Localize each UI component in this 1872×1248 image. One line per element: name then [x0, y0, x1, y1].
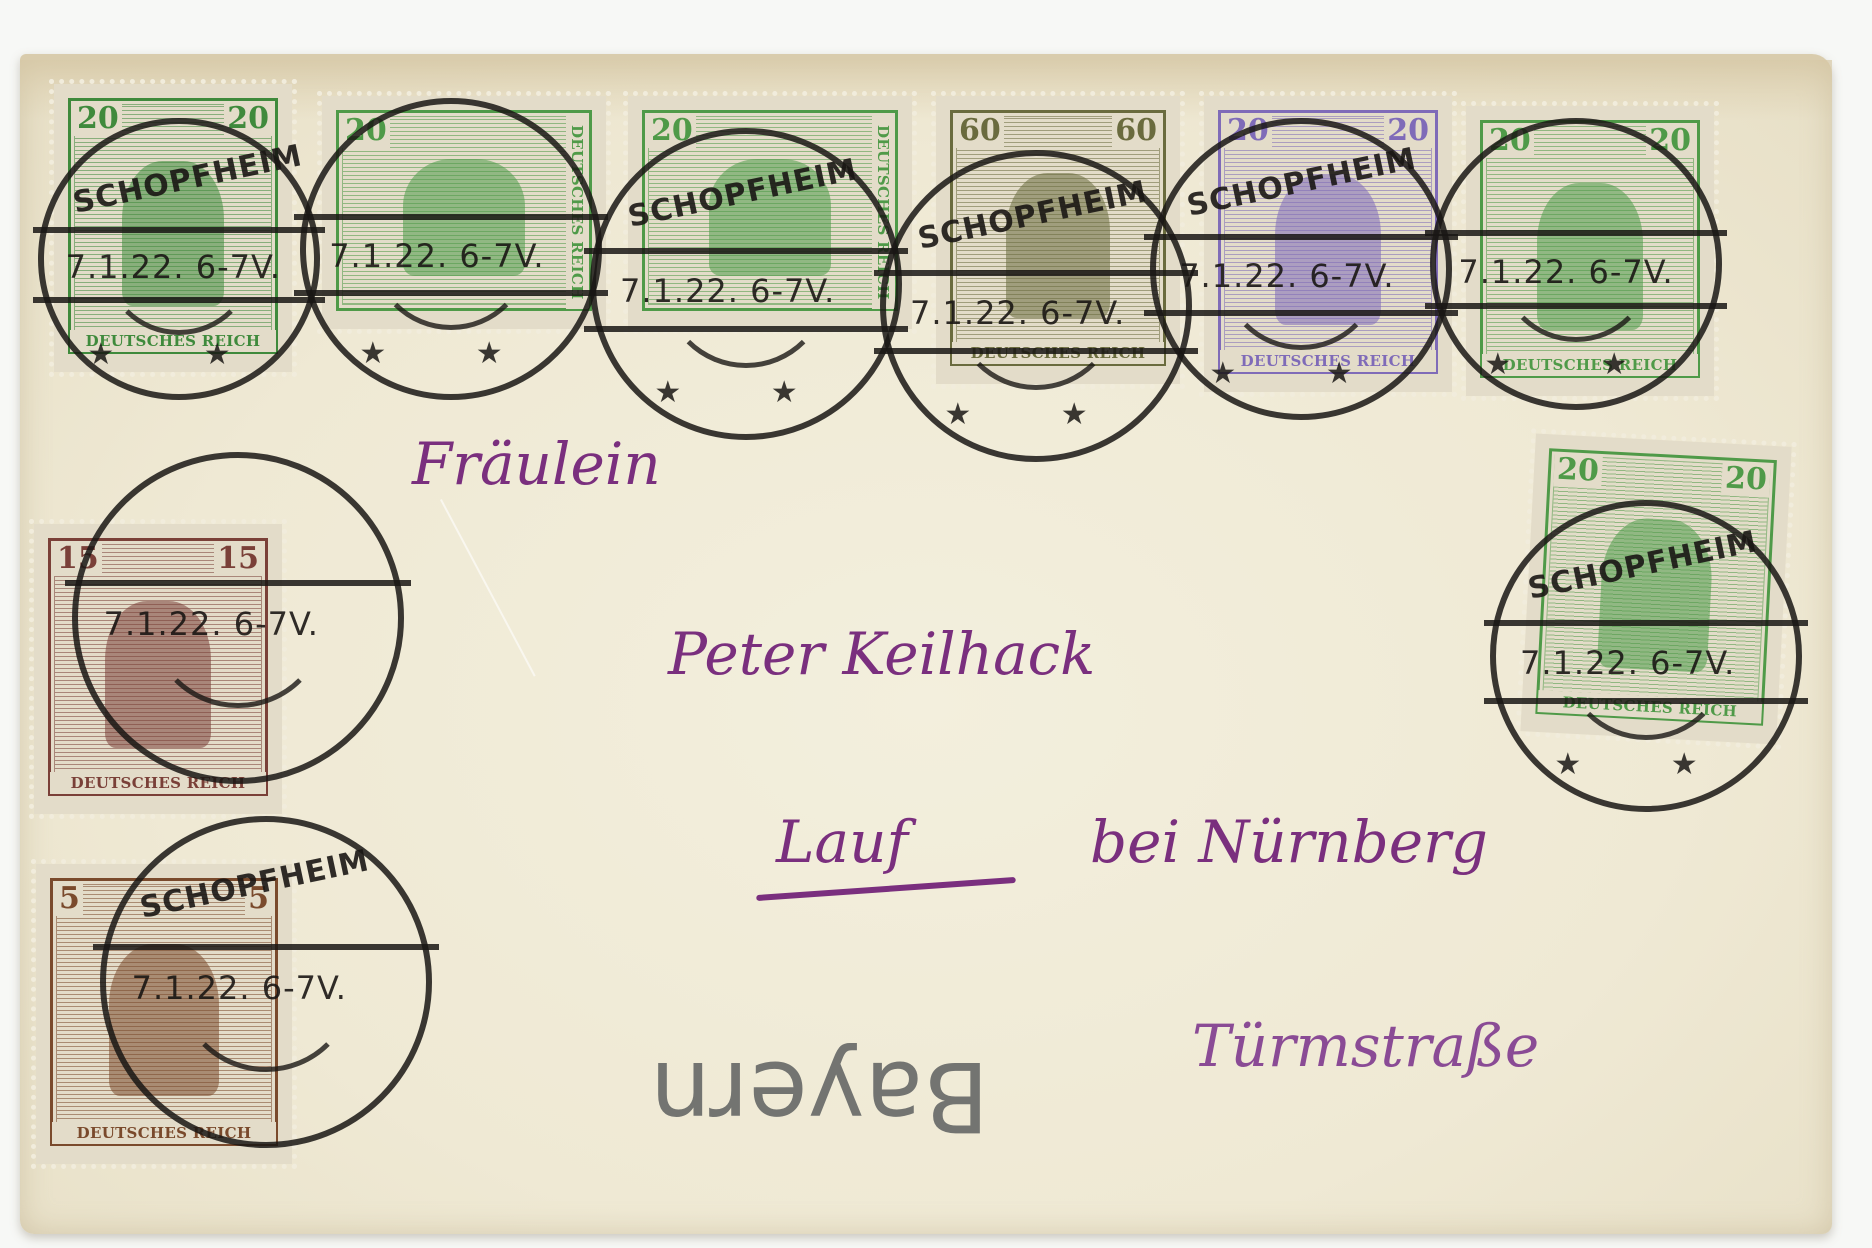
germania-figure: [105, 601, 211, 748]
denomination: 20: [1646, 124, 1694, 158]
stamp-60-olive: 60 60 DEUTSCHES REICH: [940, 100, 1176, 380]
address-street: Türmstraße: [1192, 1012, 1539, 1080]
stamp-20-green-4: 20 20 DEUTSCHES REICH: [1470, 110, 1710, 392]
stamp-5-brown: 5 5 DEUTSCHES REICH: [40, 868, 288, 1160]
stamp-inscription: DEUTSCHES REICH: [872, 116, 894, 309]
stamp-inscription: DEUTSCHES REICH: [1482, 354, 1698, 376]
stamp-inscription: DEUTSCHES REICH: [50, 772, 266, 794]
stamp-inscription: DEUTSCHES REICH: [52, 1122, 276, 1144]
denomination: 5: [245, 882, 272, 916]
germania-figure: [1006, 173, 1110, 319]
denomination: 20: [1486, 124, 1534, 158]
germania-figure: [1597, 517, 1714, 673]
germania-figure: [709, 159, 830, 276]
germania-figure: [403, 159, 524, 276]
denomination: 20: [1224, 114, 1272, 148]
stamp-20-green-3: 20 DEUTSCHES REICH: [632, 100, 908, 325]
address-salutation: Fräulein: [412, 430, 661, 498]
address-region: bei Nürnberg: [1090, 808, 1488, 876]
denomination: 20: [224, 102, 272, 136]
germania-figure: [122, 161, 223, 307]
germania-figure: [1537, 183, 1643, 330]
stamp-20-green-5: 20 20 DEUTSCHES REICH: [1525, 438, 1788, 741]
denomination: 20: [1384, 114, 1432, 148]
stamp-inscription: DEUTSCHES REICH: [70, 330, 276, 352]
stamp-inscription: DEUTSCHES REICH: [566, 116, 588, 309]
address-town-text: Lauf: [776, 808, 908, 876]
denomination: 60: [1112, 114, 1160, 148]
address-recipient-name: Peter Keilhack: [668, 620, 1095, 688]
denomination: 20: [648, 114, 696, 148]
pencil-note-upside-down: Bayern: [650, 1040, 989, 1152]
stamp-inscription: DEUTSCHES REICH: [1220, 350, 1436, 372]
paper-crease: [440, 499, 536, 677]
stamp-20-green-2: 20 DEUTSCHES REICH: [326, 100, 602, 325]
denomination: 15: [54, 542, 102, 576]
denomination: 20: [1721, 461, 1770, 497]
denomination: 15: [214, 542, 262, 576]
address-town: Lauf: [776, 808, 908, 876]
stamp-inscription: DEUTSCHES REICH: [952, 342, 1164, 364]
denomination: 20: [342, 114, 390, 148]
denomination: 20: [74, 102, 122, 136]
stamp-15-brown: 15 15 DEUTSCHES REICH: [38, 528, 278, 810]
germania-figure: [109, 944, 218, 1096]
denomination: 20: [1553, 453, 1602, 489]
denomination: 5: [56, 882, 83, 916]
stamp-20-violet: 20 20 DEUTSCHES REICH: [1208, 100, 1448, 388]
denomination: 60: [956, 114, 1004, 148]
stamp-20-green-1: 20 20 DEUTSCHES REICH: [58, 88, 288, 368]
germania-figure: [1275, 175, 1381, 325]
